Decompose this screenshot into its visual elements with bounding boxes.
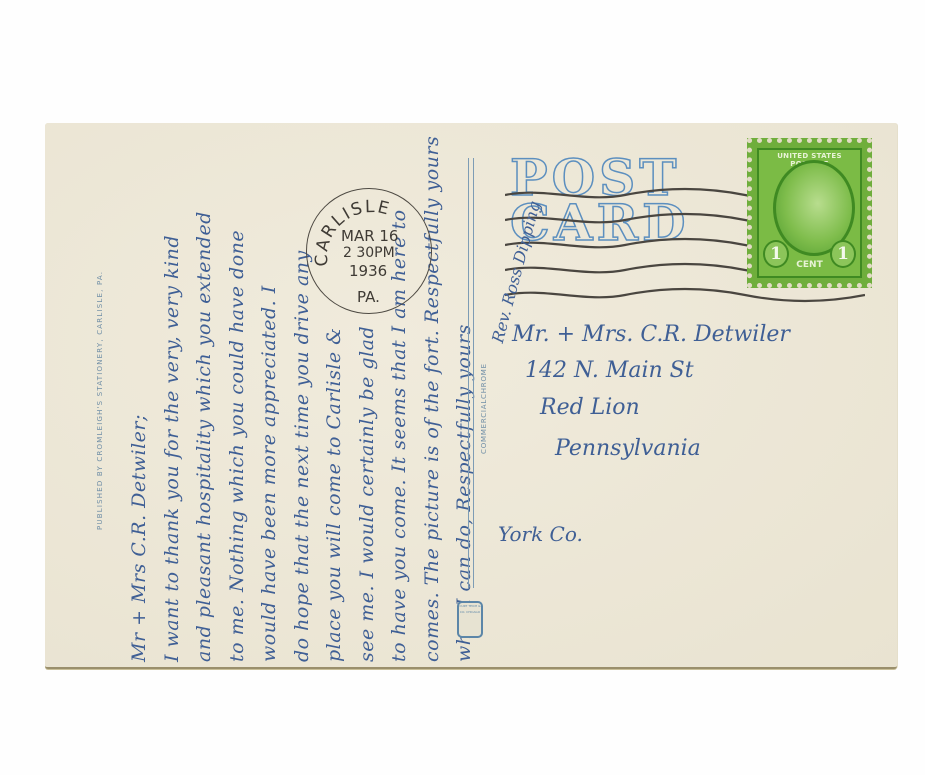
message-line: see me. I would certainly be glad (356, 326, 378, 662)
postmark-date: MAR 16 (341, 227, 398, 245)
postmark-year: 1936 (349, 262, 387, 280)
printer-imprint: COMMERCIALCHROME (480, 363, 488, 454)
message-line: place you will come to Carlisle & (323, 327, 345, 662)
address-line-county: York Co. (498, 522, 583, 546)
postmark-state: PA. (357, 288, 380, 306)
address-line-city: Red Lion (540, 395, 640, 420)
postage-stamp: UNITED STATES POSTAGE 1 1 CENT (747, 138, 872, 288)
message-line: Mr + Mrs C.R. Detwiler; (128, 414, 150, 662)
publisher-imprint: PUBLISHED BY CROMLEIGH'S STATIONERY, CAR… (96, 271, 104, 530)
message-line: would have been more appreciated. I (258, 285, 280, 662)
message-line: and pleasant hospitality which you exten… (193, 211, 215, 662)
stamp-unit: CENT (795, 260, 824, 270)
address-line-street: 142 N. Main St (525, 358, 694, 383)
stamp-denomination-left: 1 (763, 240, 789, 268)
message-line: to me. Nothing which you could have done (226, 230, 248, 662)
stamp-denomination-right: 1 (830, 240, 856, 268)
postmark: CARLISLE MAR 16 2 30PM 1936 PA. (306, 188, 432, 314)
postmark-time: 2 30PM (343, 245, 395, 261)
center-divider (468, 158, 474, 588)
printer-logo: CURT TEICH & CO. CHICAGO (457, 601, 483, 638)
address-line-state: Pennsylvania (555, 436, 701, 461)
address-line-name: Mr. + Mrs. C.R. Detwiler (512, 322, 790, 347)
message-line: I want to thank you for the very, very k… (161, 235, 183, 662)
